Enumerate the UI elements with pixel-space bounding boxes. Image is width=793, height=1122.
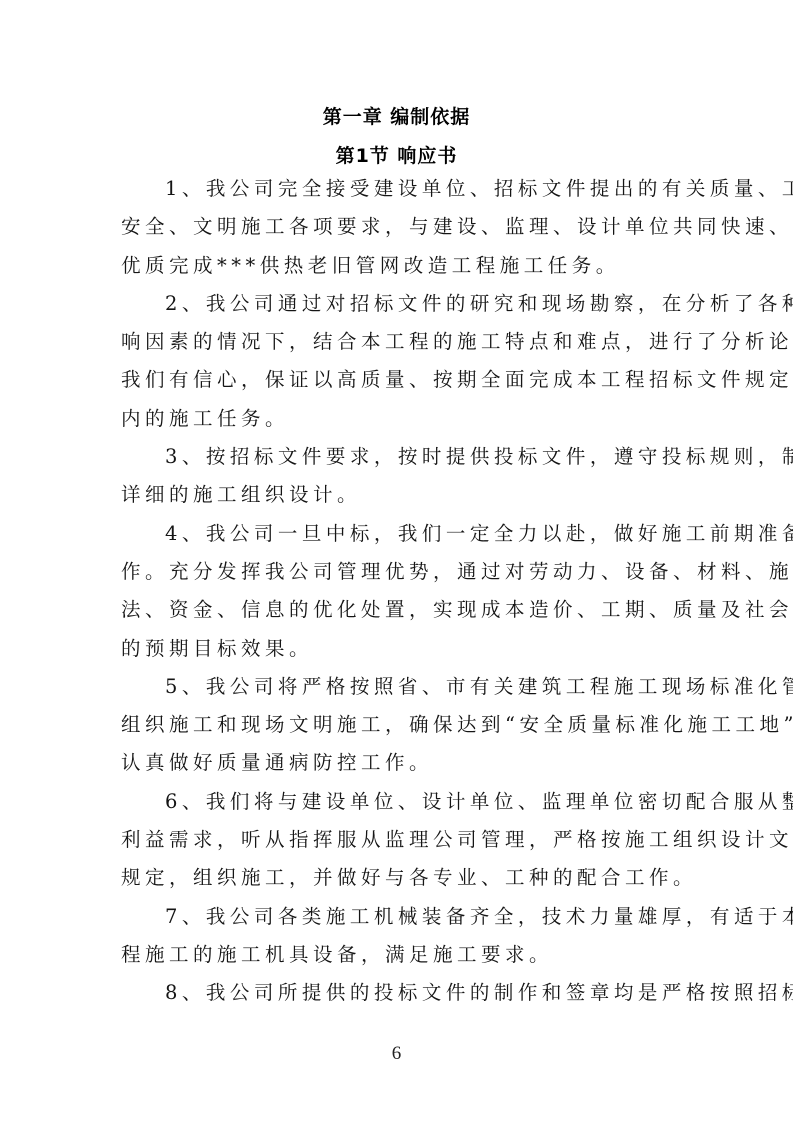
paragraph-7-line-1: 7、我公司各类施工机械装备齐全，技术力量雄厚，有适于本工 xyxy=(117,903,686,941)
chapter-title: 第一章 编制依据 xyxy=(0,105,793,129)
paragraph-6-line-2: 利益需求，听从指挥服从监理公司管理，严格按施工组织设计文件中 xyxy=(121,826,686,864)
paragraph-2-line-4: 内的施工任务。 xyxy=(121,405,686,443)
paragraph-5-line-2: 组织施工和现场文明施工，确保达到“安全质量标准化施工工地”。 xyxy=(121,711,686,749)
paragraph-3-line-2: 详细的施工组织设计。 xyxy=(121,481,686,519)
page-number: 6 xyxy=(0,1043,793,1065)
paragraph-6-line-1: 6、我们将与建设单位、设计单位、监理单位密切配合服从整体 xyxy=(117,788,686,826)
paragraph-1-line-3: 优质完成***供热老旧管网改造工程施工任务。 xyxy=(121,252,686,290)
paragraph-5-line-3: 认真做好质量通病防控工作。 xyxy=(121,749,686,787)
paragraph-8-line-1: 8、我公司所提供的投标文件的制作和签章均是严格按照招标文 xyxy=(117,979,686,1017)
paragraph-6-line-3: 规定，组织施工，并做好与各专业、工种的配合工作。 xyxy=(121,864,686,902)
paragraph-1-line-1: 1、我公司完全接受建设单位、招标文件提出的有关质量、工期、 xyxy=(117,175,686,213)
paragraph-2-line-3: 我们有信心，保证以高质量、按期全面完成本工程招标文件规定范围 xyxy=(121,366,686,404)
section-title: 第1节 响应书 xyxy=(0,144,793,168)
paragraph-7-line-2: 程施工的施工机具设备，满足施工要求。 xyxy=(121,941,686,979)
document-page: 第一章 编制依据 第1节 响应书 1、我公司完全接受建设单位、招标文件提出的有关… xyxy=(0,0,793,1122)
paragraph-3-line-1: 3、按招标文件要求，按时提供投标文件，遵守投标规则，制定 xyxy=(117,443,686,481)
paragraph-1-line-2: 安全、文明施工各项要求，与建设、监理、设计单位共同快速、高效、 xyxy=(121,213,686,251)
paragraph-4-line-2: 作。充分发挥我公司管理优势，通过对劳动力、设备、材料、施工方 xyxy=(121,558,686,596)
paragraph-4-line-3: 法、资金、信息的优化处置，实现成本造价、工期、质量及社会信誉 xyxy=(121,596,686,634)
paragraph-4-line-1: 4、我公司一旦中标，我们一定全力以赴，做好施工前期准备工 xyxy=(117,520,686,558)
paragraph-2-line-1: 2、我公司通过对招标文件的研究和现场勘察，在分析了各种影 xyxy=(117,290,686,328)
paragraph-4-line-4: 的预期目标效果。 xyxy=(121,635,686,673)
paragraph-2-line-2: 响因素的情况下，结合本工程的施工特点和难点，进行了分析论证， xyxy=(121,328,686,366)
paragraph-5-line-1: 5、我公司将严格按照省、市有关建筑工程施工现场标准化管理 xyxy=(117,673,686,711)
response-letter-body: 1、我公司完全接受建设单位、招标文件提出的有关质量、工期、 安全、文明施工各项要… xyxy=(121,175,686,1018)
